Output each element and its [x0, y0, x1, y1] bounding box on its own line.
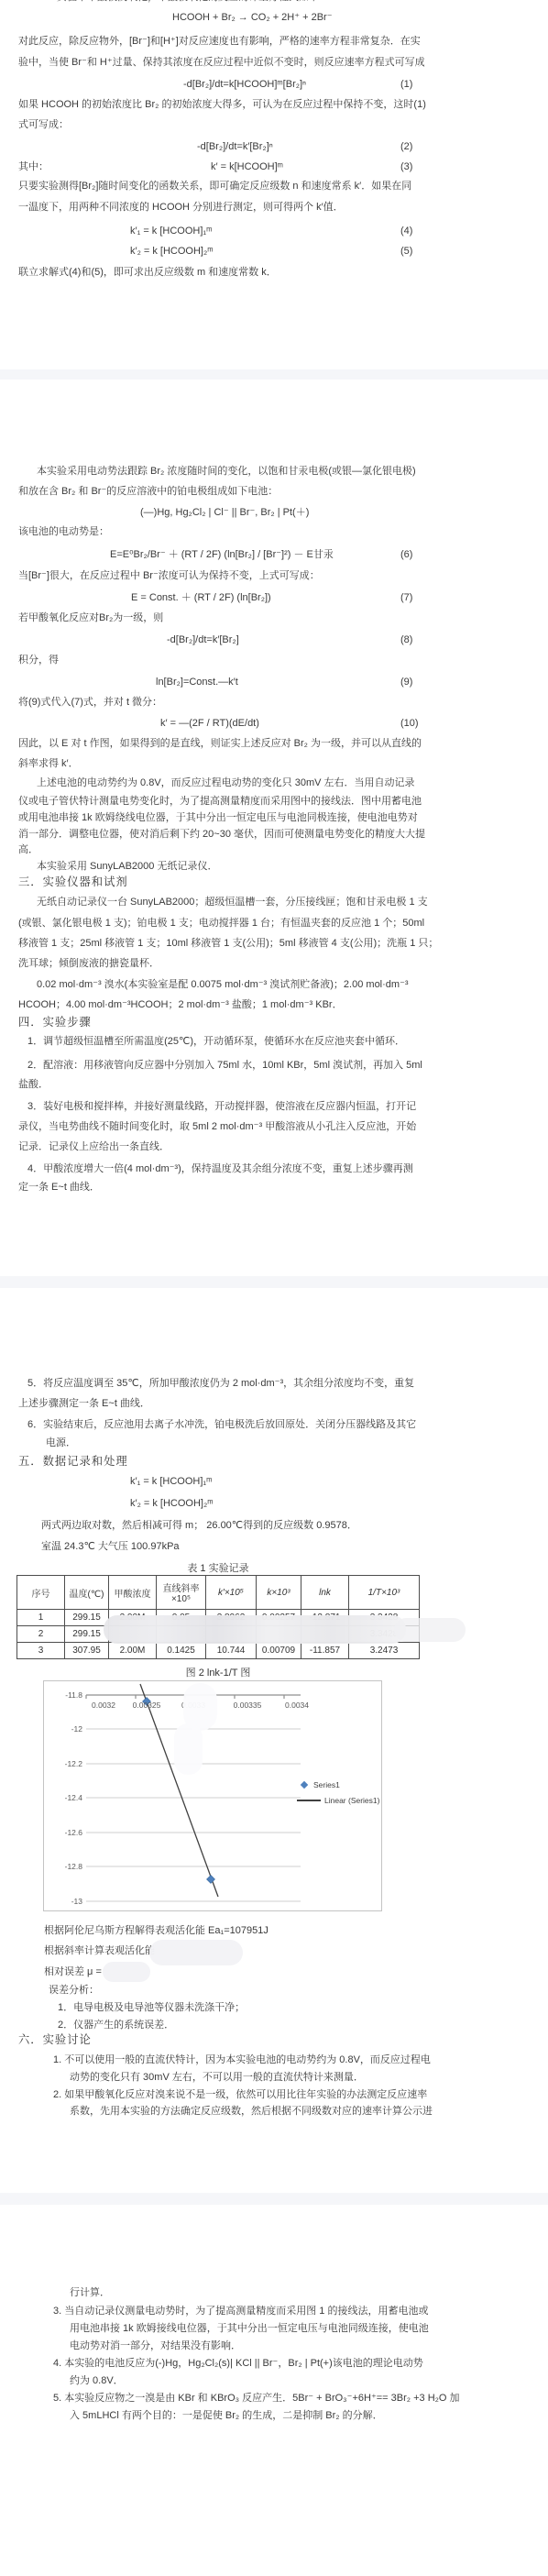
y-axis-tick-label: -12.2: [46, 1759, 82, 1768]
document-page: 实验中甲酸被溴氧化，甲酸被氧化的反应的计量方程式如下：HCOOH + Br₂ →…: [0, 0, 548, 2576]
table-cell: 2.00M: [109, 1643, 157, 1659]
text-line: 因此，以 E 对 t 作图，如果得到的是直线，则证实上述反应对 Br₂ 为一级，…: [18, 738, 422, 750]
text-line: 实验中甲酸被溴氧化，甲酸被氧化的反应的计量方程式如下：: [57, 0, 329, 4]
text-line: 5．将反应温度调至 35℃，所加甲酸浓度仍为 2 mol·dm⁻³，其余组分浓度…: [27, 1378, 414, 1390]
page-separator: [0, 369, 548, 380]
text-line: 4．甲酸浓度增大一倍(4 mol·dm⁻³)，保持温度及其余组分浓度不变，重复上…: [27, 1163, 413, 1175]
text-line: k′₁ = k [HCOOH]₁ᵐ: [130, 226, 212, 237]
equation-number: (5): [400, 246, 412, 257]
table-header-cell: 温度(℃): [65, 1576, 109, 1610]
text-line: 消一部分．调整电位器，使对消后剩下约 20~30 毫伏，因而可使测量电势变化的精…: [18, 829, 425, 841]
text-line: 上述电池的电动势约为 0.8V，而反应过程电动势的变化只 30mV 左右．当用自…: [37, 777, 415, 789]
text-line: 根据斜率计算表观活化能: [44, 1945, 155, 1957]
table-cell: 0.00709: [257, 1643, 301, 1659]
text-line: 盐酸．: [18, 1079, 49, 1091]
text-line: 只要实验测得[Br₂]随时间变化的函数关系，即可确定反应级数 n 和速度常系 k…: [18, 181, 411, 193]
equation-number: (9): [400, 677, 412, 688]
text-line: 4. 本实验的电池反应为(-)Hg，Hg₂Cl₂(s)| KCl || Br⁻，…: [53, 2358, 423, 2370]
text-line: 2．配溶液：用移液管向反应器中分别加入 75ml 水，10ml KBr，5ml …: [27, 1060, 422, 1072]
text-line: 式可写成：: [18, 119, 69, 131]
text-line: 1．调节超级恒温槽至所需温度(25℃)，开动循环泵，使循环水在反应池夹套中循环．: [27, 1036, 405, 1048]
text-line: 动势的变化只有 30mV 左右，不可以用一般的直流伏特计来测量．: [70, 2072, 364, 2084]
text-line: 四．实验步骤: [18, 1017, 92, 1029]
redaction-blur: [394, 1618, 466, 1642]
x-axis-tick-label: 0.00325: [124, 1701, 170, 1710]
text-line: 无纸自动记录仪一台 SunyLAB2000；超级恒温槽一套，分压接线匣；饱和甘汞…: [37, 897, 428, 908]
text-line: 和放在含 Br₂ 和 Br⁻的反应溶液中的铂电极组成如下电池：: [18, 486, 278, 498]
text-line: 或用电池串接 1k 欧姆绕线电位器，于其中分出一恒定电压与电池同极连接，使电池电…: [18, 812, 418, 824]
text-line: 电动势对消一部分，对结果没有影响．: [70, 2340, 241, 2352]
text-line: 当[Br⁻]很大，在反应过程中 Br⁻浓度可认为保持不变，上式可写成：: [18, 570, 320, 582]
text-line: (或银、氯化银电极 1 支)；铂电极 1 支；电动搅拌器 1 台；有恒温夹套的反…: [18, 918, 424, 930]
text-line: 入 5mLHCl 有两个目的：一是促使 Br₂ 的生成，二是抑制 Br₂ 的分解…: [70, 2410, 383, 2422]
text-line: 1. 不可以使用一般的直流伏特计，因为本实验电池的电动势约为 0.8V，而反应过…: [53, 2054, 431, 2066]
y-axis-tick-label: -12.6: [46, 1828, 82, 1837]
text-line: 5. 本实验反应物之一溴是由 KBr 和 KBrO₃ 反应产生．5Br⁻ + B…: [53, 2393, 460, 2405]
equation-number: (7): [400, 592, 412, 603]
text-line: 若甲酸氧化反应对Br₂为一级，则: [18, 612, 163, 624]
equation-number: (2): [400, 141, 412, 152]
text-line: 将(9)式代入(7)式，并对 t 微分：: [18, 697, 162, 709]
y-axis-tick-label: -12: [46, 1724, 82, 1734]
text-line: (—)Hg, Hg₂Cl₂ | Cl⁻ || Br⁻, Br₂ | Pt(＋): [140, 507, 309, 519]
table-header-cell: 直线斜率×10⁵: [157, 1576, 206, 1610]
text-line: 1．电导电极及电导池等仪器未洗涤干净；: [58, 2002, 245, 2014]
text-line: 定一条 E~t 曲线．: [18, 1182, 100, 1194]
text-line: 五．数据记录和处理: [18, 1456, 128, 1468]
text-line: k′₂ = k [HCOOH]₂ᵐ: [130, 1498, 214, 1510]
text-line: 洗耳球；倾倒废液的搪瓷量杯．: [18, 958, 159, 970]
table-cell: 299.15: [65, 1626, 109, 1643]
text-line: k′₂ = k [HCOOH]₂ᵐ: [130, 246, 214, 258]
y-axis-tick-label: -12.4: [46, 1793, 82, 1802]
text-line: 系数，先用本实验的方法确定反应级数，然后根据不同级数对应的速率计算公示进: [70, 2106, 433, 2118]
text-line: k′ = k[HCOOH]ᵐ: [211, 161, 283, 173]
page-separator: [0, 2193, 548, 2205]
text-line: -d[Br₂]/dt=k[HCOOH]ᵐ[Br₂]ⁿ: [183, 79, 306, 91]
text-line: 仪或电子管伏特计测量电势变化时，为了提高测量精度而采用图中的接线法．图中用蓄电池: [18, 796, 422, 808]
text-line: 用电池串接 1k 欧姆接线电位器，于其中分出一恒定电压与电池同级连接，使电池: [70, 2323, 429, 2335]
table-cell: 307.95: [65, 1643, 109, 1659]
redaction-blur: [174, 1723, 203, 1775]
table-cell: 0.1425: [157, 1643, 206, 1659]
text-line: HCOOH；4.00 mol·dm⁻³HCOOH；2 mol·dm⁻³ 盐酸；1…: [18, 999, 343, 1011]
text-line: 约为 0.8V．: [70, 2375, 124, 2387]
text-line: 2. 如果甲酸氧化反应对溴来说不是一级，依然可以用比往年实验的办法测定反应速率: [53, 2089, 427, 2101]
text-line: -d[Br₂]/dt=k′[Br₂]: [167, 634, 239, 646]
table-cell: 299.15: [65, 1610, 109, 1626]
text-line: 电源．: [46, 1437, 76, 1449]
text-line: 对此反应，除反应物外，[Br⁻]和[H⁺]对反应速度也有影响，严格的速率方程非常…: [18, 36, 421, 48]
text-line: 斜率求得 k′．: [18, 758, 79, 770]
text-line: 三．实验仪器和试剂: [18, 876, 128, 888]
table-cell: 3: [17, 1643, 65, 1659]
text-line: 验中，当使 Br⁻和 H⁺过量、保持其浓度在反应过程中近似不变时，则反应速率方程…: [18, 57, 425, 69]
figure-caption: 图 2 lnk-1/T 图: [0, 1665, 436, 1679]
text-line: 行计算．: [70, 2287, 110, 2299]
text-line: 本实验采用 SunyLAB2000 无纸记录仪．: [37, 861, 217, 873]
table-cell: 1: [17, 1610, 65, 1626]
equation-number: (8): [400, 634, 412, 645]
text-line: 该电池的电动势是：: [18, 526, 109, 538]
text-line: E=E⁰Br₂/Br⁻ ＋ (RT / 2F) (ln[Br₂] / [Br⁻]…: [110, 549, 334, 561]
text-line: 积分，得: [18, 655, 59, 666]
text-line: 其中：: [18, 161, 49, 173]
text-line: ln[Br₂]=Const.—k′t: [156, 677, 238, 688]
redaction-blur: [103, 1962, 150, 1982]
text-line: 联立求解式(4)和(5)，即可求出反应级数 m 和速度常数 k．: [18, 267, 277, 279]
text-line: 如果 HCOOH 的初始浓度比 Br₂ 的初始浓度大得多，可认为在反应过程中保持…: [18, 99, 426, 111]
legend-linear-icon: [297, 1800, 321, 1801]
text-line: k′₁ = k [HCOOH]₁ᵐ: [130, 1476, 212, 1488]
table-cell: 3.2473: [349, 1643, 420, 1659]
data-point-diamond: [207, 1876, 215, 1884]
table-header-cell: 序号: [17, 1576, 65, 1610]
text-line: 两式两边取对数，然后相减可得 m； 26.00℃得到的反应级数 0.9578．: [41, 1520, 357, 1532]
text-line: 上述步骤测定一条 E~t 曲线．: [18, 1398, 150, 1410]
table-header-cell: 甲酸浓度: [109, 1576, 157, 1610]
equation-number: (3): [400, 161, 412, 172]
table-cell: 2: [17, 1626, 65, 1643]
table-cell: -11.857: [301, 1643, 349, 1659]
table-header-row: 序号温度(℃)甲酸浓度直线斜率×10⁵k′×10⁵k×10³lnk1/T×10³: [17, 1576, 420, 1610]
text-line: 本实验采用电动势法跟踪 Br₂ 浓度随时间的变化，以饱和甘汞电极(或银—氯化银电…: [37, 466, 416, 478]
text-line: 0.02 mol·dm⁻³ 溴水(本实验室是配 0.0075 mol·dm⁻³ …: [37, 979, 409, 991]
page-separator: [0, 1276, 548, 1288]
text-line: 2．仪器产生的系统误差．: [58, 2020, 174, 2031]
equation-number: (6): [400, 549, 412, 560]
text-line: 根据阿伦尼乌斯方程解得表观活化能 Ea₁=107951J: [44, 1925, 269, 1937]
y-axis-tick-label: -11.8: [46, 1690, 82, 1700]
text-line: 3．装好电极和搅拌棒，并接好测量线路，开动搅拌器，使溶液在反应器内恒温，打开记: [27, 1101, 416, 1113]
table-header-cell: k′×10⁵: [206, 1576, 257, 1610]
x-axis-tick-label: 0.00335: [225, 1701, 270, 1710]
equation-number: (10): [400, 718, 419, 729]
x-axis-tick-label: 0.0034: [274, 1701, 320, 1710]
table-header-cell: k×10³: [257, 1576, 301, 1610]
text-line: 室温 24.3℃ 大气压 100.97kPa: [41, 1541, 180, 1553]
redaction-blur: [149, 1940, 243, 1965]
equation-number: (4): [400, 226, 412, 237]
y-axis-tick-label: -12.8: [46, 1862, 82, 1871]
table-header-cell: lnk: [301, 1576, 349, 1610]
text-line: E = Const. ＋ (RT / 2F) (ln[Br₂]): [131, 592, 271, 604]
table-cell: 10.744: [206, 1643, 257, 1659]
text-line: 高．: [18, 844, 38, 856]
text-line: -d[Br₂]/dt=k′[Br₂]ⁿ: [197, 141, 273, 153]
text-line: 一温度下，用两种不同浓度的 HCOOH 分别进行测定，则可得两个 k′值．: [18, 202, 344, 214]
table-header-cell: 1/T×10³: [349, 1576, 420, 1610]
x-axis-tick-label: 0.0032: [81, 1701, 126, 1710]
text-line: 录仪，当电势曲线不随时间变化时，取 5ml 2 mol·dm⁻³ 甲酸溶液从小孔…: [18, 1121, 416, 1133]
text-line: k′ = —(2F / RT)(dE/dt): [160, 718, 259, 730]
text-line: 六．实验讨论: [18, 2034, 92, 2046]
text-line: 移液管 1 支；25ml 移液管 1 支；10ml 移液管 1 支(公用)；5m…: [18, 938, 438, 950]
equation-number: (1): [400, 79, 412, 90]
text-line: 记录．记录仪上应给出一条直线．: [18, 1141, 170, 1153]
text-line: 误差分析：: [49, 1985, 99, 1997]
text-line: 相对误差 μ =: [44, 1966, 102, 1978]
y-axis-tick-label: -13: [46, 1897, 82, 1906]
text-line: HCOOH + Br₂ → CO₂ + 2H⁺ + 2Br⁻: [172, 12, 333, 24]
text-line: 6．实验结束后，反应池用去离子水冲洗，铂电极洗后放回原处．关闭分压器线路及其它: [27, 1419, 416, 1431]
table-caption: 表 1 实验记录: [0, 1560, 436, 1575]
redaction-blur: [104, 1615, 406, 1644]
legend-linear-label: Linear (Series1): [324, 1796, 379, 1805]
table-row: 3307.952.00M0.142510.7440.00709-11.8573.…: [17, 1643, 420, 1659]
text-line: 3. 当自动记录仪测量电动势时，为了提高测量精度而采用图 1 的接线法，用蓄电池…: [53, 2306, 428, 2317]
legend-series1-label: Series1: [313, 1780, 340, 1789]
